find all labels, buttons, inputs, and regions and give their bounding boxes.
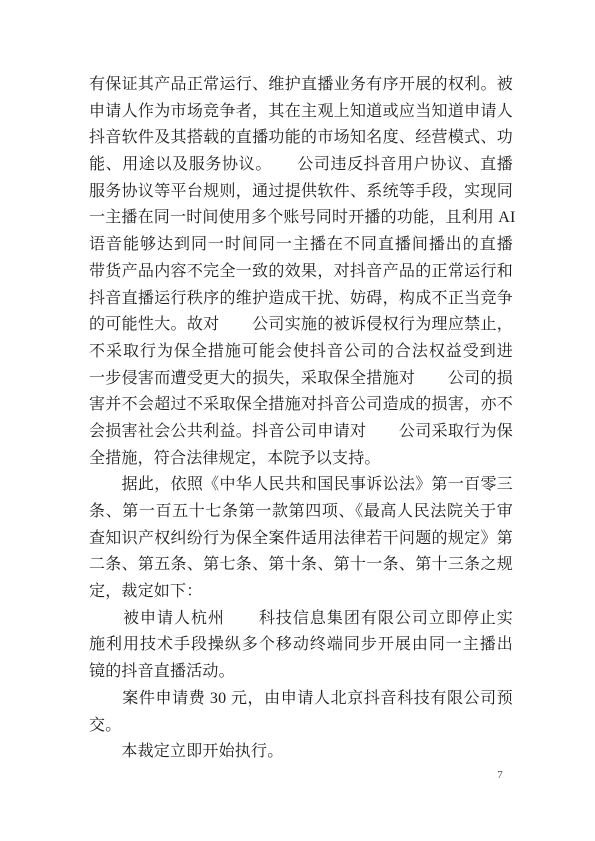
document-line: 二条、第五条、第七条、第十条、第十一条、第十三条之规	[89, 552, 513, 579]
document-line: 定，裁定如下：	[89, 579, 513, 606]
document-line: 一主播在同一时间使用多个账号同时开播的功能，且利用 AI	[89, 205, 513, 232]
document-line: 条、第一百五十七条第一款第四项、《最高人民法院关于审	[89, 499, 513, 526]
document-line: 交。	[89, 713, 513, 740]
document-line: 抖音直播运行秩序的维护造成干扰、妨碍，构成不正当竞争	[89, 286, 513, 313]
document-line: 的可能性大。故对 公司实施的被诉侵权行为理应禁止，	[89, 312, 513, 339]
document-line: 本裁定立即开始执行。	[89, 739, 513, 766]
document-line: 带货产品内容不完全一致的效果，对抖音产品的正常运行和	[89, 259, 513, 286]
document-line: 镜的抖音直播活动。	[89, 659, 513, 686]
document-line: 全措施，符合法律规定，本院予以支持。	[89, 446, 513, 473]
document-line: 不采取行为保全措施可能会使抖音公司的合法权益受到进	[89, 339, 513, 366]
document-line: 案件申请费 30 元，由申请人北京抖音科技有限公司预	[89, 686, 513, 713]
document-line: 服务协议等平台规则，通过提供软件、系统等手段，实现同	[89, 179, 513, 206]
document-line: 语音能够达到同一时间同一主播在不同直播间播出的直播	[89, 232, 513, 259]
document-text: 有保证其产品正常运行、维护直播业务有序开展的权利。被申请人作为市场竞争者，其在主…	[89, 72, 513, 766]
document-page: 有保证其产品正常运行、维护直播业务有序开展的权利。被申请人作为市场竞争者，其在主…	[0, 0, 595, 841]
document-line: 被申请人杭州 科技信息集团有限公司立即停止实	[89, 606, 513, 633]
document-line: 据此，依照《中华人民共和国民事诉讼法》第一百零三	[89, 472, 513, 499]
document-line: 有保证其产品正常运行、维护直播业务有序开展的权利。被	[89, 72, 513, 99]
document-line: 能、用途以及服务协议。 公司违反抖音用户协议、直播	[89, 152, 513, 179]
document-line: 查知识产权纠纷行为保全案件适用法律若干问题的规定》第	[89, 526, 513, 553]
document-line: 申请人作为市场竞争者，其在主观上知道或应当知道申请人	[89, 99, 513, 126]
document-line: 会损害社会公共利益。抖音公司申请对 公司采取行为保	[89, 419, 513, 446]
document-line: 施利用技术手段操纵多个移动终端同步开展由同一主播出	[89, 632, 513, 659]
document-line: 抖音软件及其搭载的直播功能的市场知名度、经营模式、功	[89, 125, 513, 152]
document-line: 一步侵害而遭受更大的损失，采取保全措施对 公司的损	[89, 366, 513, 393]
document-line: 害并不会超过不采取保全措施对抖音公司造成的损害，亦不	[89, 392, 513, 419]
page-number: 7	[490, 768, 510, 782]
